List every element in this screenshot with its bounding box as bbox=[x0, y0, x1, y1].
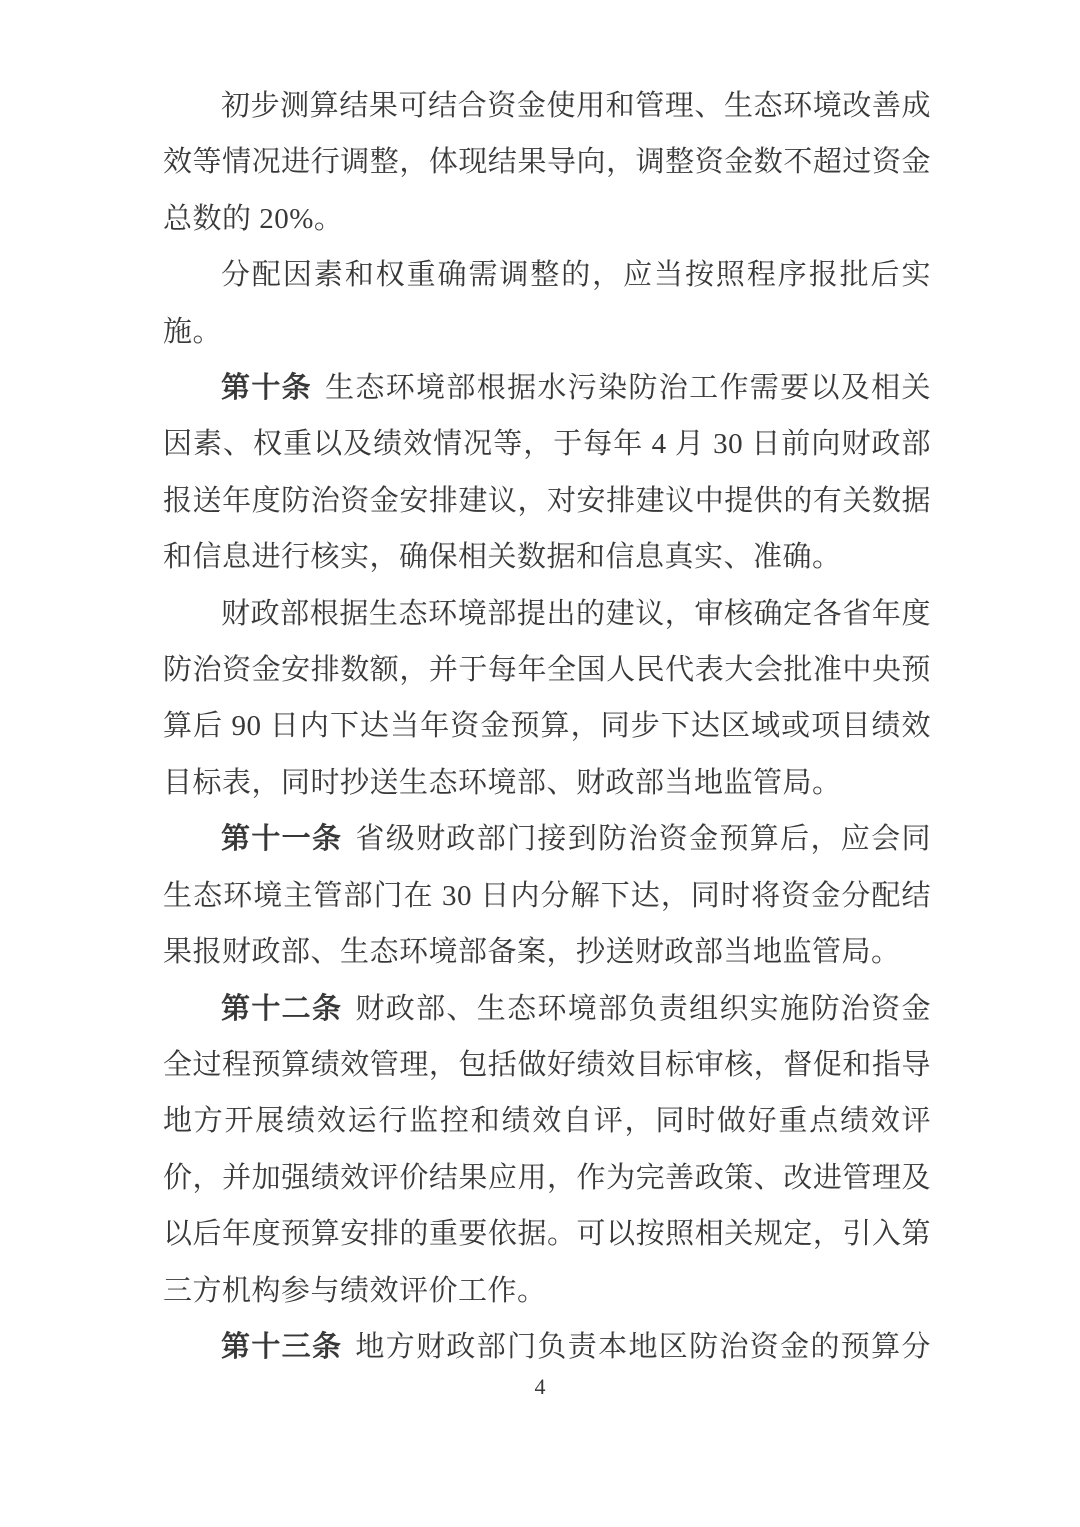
paragraph-text: 财政部根据生态环境部提出的建议，审核确定各省年度防治资金安排数额，并于每年全国人… bbox=[163, 598, 931, 799]
paragraph-article-12: 第十二条财政部、生态环境部负责组织实施防治资金全过程预算绩效管理，包括做好绩效目… bbox=[163, 981, 931, 1319]
paragraph: 财政部根据生态环境部提出的建议，审核确定各省年度防治资金安排数额，并于每年全国人… bbox=[163, 586, 931, 812]
document-body: 初步测算结果可结合资金使用和管理、生态环境改善成效等情况进行调整，体现结果导向，… bbox=[163, 78, 931, 1375]
page-number: 4 bbox=[0, 1374, 1080, 1400]
paragraph-article-13: 第十三条地方财政部门负责本地区防治资金的预算分 bbox=[163, 1319, 931, 1375]
paragraph-article-11: 第十一条省级财政部门接到防治资金预算后，应会同生态环境主管部门在 30 日内分解… bbox=[163, 811, 931, 980]
paragraph: 初步测算结果可结合资金使用和管理、生态环境改善成效等情况进行调整，体现结果导向，… bbox=[163, 78, 931, 247]
article-number-label: 第十条 bbox=[221, 372, 312, 404]
paragraph-text: 地方财政部门负责本地区防治资金的预算分 bbox=[355, 1331, 931, 1363]
paragraph-text: 分配因素和权重确需调整的，应当按照程序报批后实施。 bbox=[163, 259, 931, 347]
paragraph: 分配因素和权重确需调整的，应当按照程序报批后实施。 bbox=[163, 247, 931, 360]
paragraph-text: 初步测算结果可结合资金使用和管理、生态环境改善成效等情况进行调整，体现结果导向，… bbox=[163, 90, 931, 235]
article-number-label: 第十三条 bbox=[221, 1331, 342, 1363]
article-number-label: 第十一条 bbox=[221, 823, 342, 855]
paragraph-article-10: 第十条生态环境部根据水污染防治工作需要以及相关因素、权重以及绩效情况等，于每年 … bbox=[163, 360, 931, 586]
document-page: 初步测算结果可结合资金使用和管理、生态环境改善成效等情况进行调整，体现结果导向，… bbox=[0, 0, 1080, 1527]
paragraph-text: 财政部、生态环境部负责组织实施防治资金全过程预算绩效管理，包括做好绩效目标审核，… bbox=[163, 993, 931, 1307]
article-number-label: 第十二条 bbox=[221, 993, 342, 1025]
